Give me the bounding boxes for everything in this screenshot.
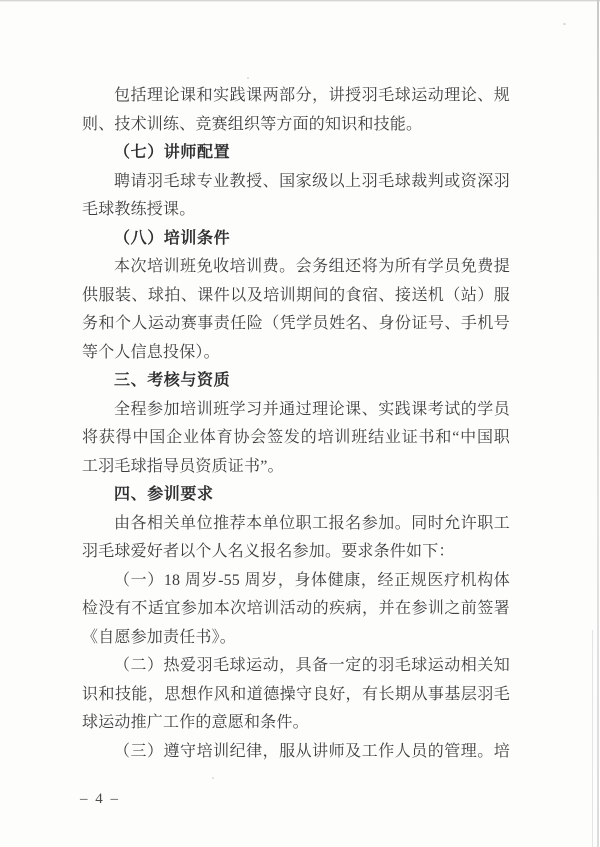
text-line: 检没有不适宜参加本次培训活动的疾病，并在参训之前签署 [82, 595, 510, 624]
text-line: 包括理论课和实践课两部分，讲授羽毛球运动理论、规 [82, 82, 510, 111]
text-line: 本次培训班免收培训费。会务组还将为所有学员免费提 [82, 253, 510, 282]
text-line: 聘请羽毛球专业教授、国家级以上羽毛球裁判或资深羽 [82, 168, 510, 197]
text-line: 将获得中国企业体育协会签发的培训班结业证书和“中国职 [82, 424, 510, 453]
page-number: – 4 – [80, 791, 120, 808]
scan-edge-right [597, 0, 599, 847]
text-line: （一）18 周岁-55 周岁，身体健康，经正规医疗机构体 [82, 567, 510, 596]
text-line: 毛球教练授课。 [82, 196, 510, 225]
text-line: 球运动推广工作的意愿和条件。 [82, 709, 510, 738]
text-line: 等个人信息投保）。 [82, 339, 510, 368]
scanned-document-page: { "page": { "number": "– 4 –" }, "docume… [0, 0, 600, 847]
text-line: （三）遵守培训纪律，服从讲师及工作人员的管理。培 [82, 738, 510, 767]
scan-speck [212, 777, 214, 779]
text-line: 全程参加培训班学习并通过理论课、实践课考试的学员 [82, 396, 510, 425]
text-line: 识和技能，思想作风和道德操守良好，有长期从事基层羽毛 [82, 681, 510, 710]
text-line: 由各相关单位推荐本单位职工报名参加。同时允许职工 [82, 510, 510, 539]
text-line: 《自愿参加责任书》。 [82, 624, 510, 653]
scan-edge-right-inner [592, 630, 593, 847]
scan-speck [563, 23, 566, 25]
text-line: 务和个人运动赛事责任险（凭学员姓名、身份证号、手机号 [82, 310, 510, 339]
scan-edge-top [0, 0, 600, 2]
heading-instructor-setup: （七）讲师配置 [82, 139, 510, 168]
heading-training-conditions: （八）培训条件 [82, 225, 510, 254]
document-body: 包括理论课和实践课两部分，讲授羽毛球运动理论、规 则、技术训练、竞赛组织等方面的… [82, 82, 510, 766]
text-line: 工羽毛球指导员资质证书”。 [82, 453, 510, 482]
text-line: （二）热爱羽毛球运动，具备一定的羽毛球运动相关知 [82, 652, 510, 681]
heading-participation-requirements: 四、参训要求 [82, 481, 510, 510]
text-line: 则、技术训练、竞赛组织等方面的知识和技能。 [82, 111, 510, 140]
text-line: 羽毛球爱好者以个人名义报名参加。要求条件如下： [82, 538, 510, 567]
scan-speck [247, 77, 249, 79]
heading-assessment-qualification: 三、考核与资质 [82, 367, 510, 396]
text-line: 供服装、球拍、课件以及培训期间的食宿、接送机（站）服 [82, 282, 510, 311]
